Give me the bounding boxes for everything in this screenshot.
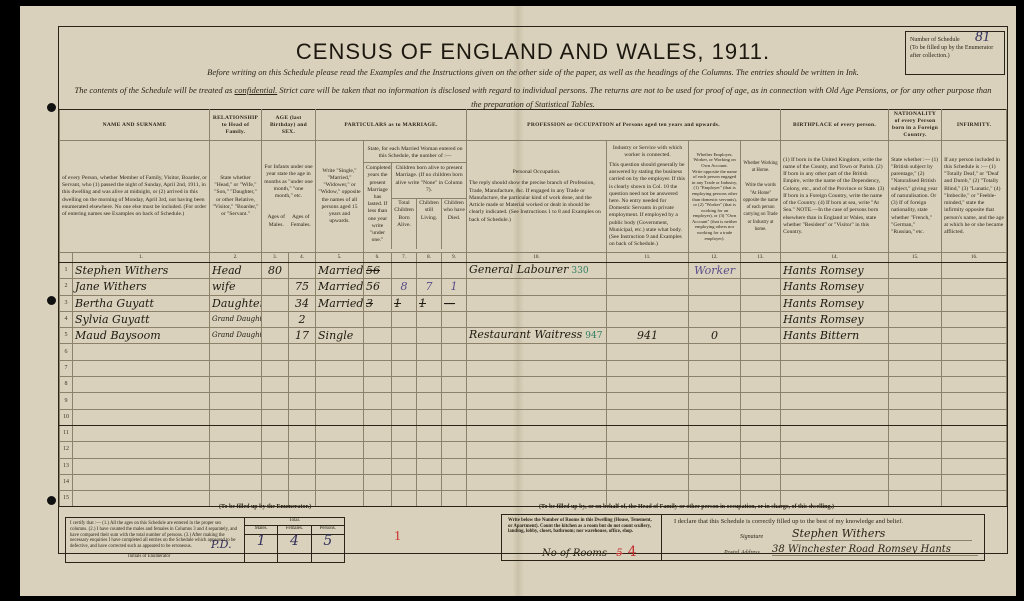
children-living (417, 425, 442, 441)
birthplace (781, 474, 889, 490)
person-name (73, 344, 210, 360)
occupation-instructions: Personal Occupation. The reply should sh… (467, 141, 607, 253)
row-number: 4 (60, 311, 73, 327)
occupation (467, 311, 607, 327)
children-born (392, 409, 417, 425)
age-male (262, 393, 289, 409)
years-married (364, 442, 392, 458)
children-died (442, 474, 467, 490)
table-row: 4Sylvia GuyattGrand Daughter2Hants Romse… (60, 311, 1007, 327)
birthplace (781, 344, 889, 360)
relationship: Head (210, 263, 262, 279)
children-died: 1 (442, 279, 467, 295)
children-living: 1 (417, 295, 442, 311)
infirmity (942, 295, 1007, 311)
occupation: Restaurant Waitress947 (467, 328, 607, 344)
instruction-row: of every Person, whether Member of Famil… (60, 141, 1007, 253)
working-at-home (741, 474, 781, 490)
postal-address-label: Postal Address (724, 550, 760, 556)
total-males: Males.1 (245, 526, 278, 562)
initials-label: Initials of Enumerator (128, 554, 170, 560)
schedule-frame: CENSUS OF ENGLAND AND WALES, 1911. Befor… (58, 26, 1008, 554)
relationship (210, 393, 262, 409)
person-name: Bertha Guyatt (73, 295, 210, 311)
occupation (467, 458, 607, 474)
person-name (73, 409, 210, 425)
children-born (392, 474, 417, 490)
birthplace (781, 409, 889, 425)
birthplace (781, 442, 889, 458)
industry (607, 393, 689, 409)
children-died (442, 377, 467, 393)
nationality (889, 311, 942, 327)
person-name (73, 458, 210, 474)
occupation (467, 393, 607, 409)
birthplace: Hants Romsey (781, 295, 889, 311)
row-number: 9 (60, 393, 73, 409)
industry-instructions: Industry or Service with which worker is… (607, 141, 689, 253)
relationship (210, 360, 262, 376)
age-male (262, 442, 289, 458)
person-name: Maud Baysoom (73, 328, 210, 344)
industry (607, 279, 689, 295)
children-born (392, 344, 417, 360)
industry (607, 458, 689, 474)
occupation (467, 295, 607, 311)
age-instructions: For Infants under one year state the age… (262, 141, 316, 253)
nationality (889, 474, 942, 490)
person-name: Sylvia Guyatt (73, 311, 210, 327)
table-row: 2Jane Witherswife75Married56871Hants Rom… (60, 279, 1007, 295)
age-male (262, 377, 289, 393)
infirmity (942, 328, 1007, 344)
age-male (262, 474, 289, 490)
column-number-row: 1. 2. 3. 4. 5. 6. 7. 8. 9. 10. 11. 12. 1… (60, 253, 1007, 263)
person-name: Stephen Withers (73, 263, 210, 279)
marital-status (316, 360, 364, 376)
children-living (417, 360, 442, 376)
working-at-home (741, 344, 781, 360)
employer-status (689, 409, 741, 425)
nationality (889, 442, 942, 458)
age-female (289, 474, 316, 490)
children-born (392, 377, 417, 393)
age-male (262, 311, 289, 327)
signature-label: Signature (740, 534, 763, 540)
infirmity (942, 442, 1007, 458)
marital-status (316, 474, 364, 490)
industry (607, 409, 689, 425)
row-number: 13 (60, 458, 73, 474)
occupation-code: 330 (571, 266, 588, 276)
age-female (289, 442, 316, 458)
header-birthplace: BIRTHPLACE of every person. (781, 110, 889, 141)
nationality (889, 491, 942, 507)
infirmity (942, 377, 1007, 393)
relationship: Grand Daughter (210, 328, 262, 344)
years-married (364, 474, 392, 490)
header-row: NAME AND SURNAME RELATIONSHIP to Head of… (60, 110, 1007, 141)
nationality (889, 263, 942, 279)
infirmity (942, 263, 1007, 279)
age-male (262, 344, 289, 360)
person-name (73, 393, 210, 409)
row-number: 12 (60, 442, 73, 458)
working-at-home (741, 442, 781, 458)
confidentiality-notice: The contents of the Schedule will be tre… (69, 83, 997, 111)
table-row: 8 (60, 377, 1007, 393)
age-female: 34 (289, 295, 316, 311)
row-number: 11 (60, 425, 73, 441)
age-female: 75 (289, 279, 316, 295)
employer-status (689, 393, 741, 409)
years-married: 3 (364, 295, 392, 311)
table-row: 14 (60, 474, 1007, 490)
industry (607, 360, 689, 376)
working-at-home (741, 377, 781, 393)
age-female: 2 (289, 311, 316, 327)
age-male (262, 328, 289, 344)
age-male: 80 (262, 263, 289, 279)
age-female (289, 458, 316, 474)
infirmity (942, 311, 1007, 327)
occupation (467, 360, 607, 376)
punch-hole (47, 103, 56, 112)
table-row: 6 (60, 344, 1007, 360)
age-male (262, 295, 289, 311)
birthplace: Hants Bittern (781, 328, 889, 344)
relationship (210, 474, 262, 490)
total-persons: Persons.5 (312, 526, 344, 562)
birthplace (781, 393, 889, 409)
working-at-home (741, 311, 781, 327)
married-woman-instructions: State, for each Married Woman entered on… (364, 141, 467, 253)
instruction-line: Before writing on this Schedule please r… (59, 67, 1007, 77)
nationality (889, 279, 942, 295)
row-number: 5 (60, 328, 73, 344)
children-living (417, 458, 442, 474)
birthplace-instructions: (1) If born in the United Kingdom, write… (781, 141, 889, 253)
head-of-family-title: (To be filled up by, or on behalf of, th… (539, 504, 834, 510)
employer-status: 0 (689, 328, 741, 344)
rooms-section: Write below the Number of Rooms in this … (502, 515, 662, 560)
nationality (889, 425, 942, 441)
children-died (442, 442, 467, 458)
schedule-number: 81 (975, 33, 990, 41)
marital-status (316, 425, 364, 441)
age-male (262, 409, 289, 425)
working-at-home (741, 393, 781, 409)
marital-status (316, 409, 364, 425)
table-row: 15 (60, 491, 1007, 507)
working-at-home (741, 360, 781, 376)
nationality (889, 393, 942, 409)
occupation: General Labourer330 (467, 263, 607, 279)
children-died (442, 328, 467, 344)
total-females: Females.4 (278, 526, 311, 562)
birthplace: Hants Romsey (781, 279, 889, 295)
number-of-rooms: No of Rooms 5 4 (542, 550, 637, 557)
children-died (442, 491, 467, 507)
children-born (392, 442, 417, 458)
years-married (364, 409, 392, 425)
children-born (392, 360, 417, 376)
household-rows: 1Stephen WithersHead80Married56General L… (60, 263, 1007, 507)
years-married (364, 491, 392, 507)
years-married (364, 458, 392, 474)
infirmity (942, 474, 1007, 490)
industry (607, 474, 689, 490)
years-married: 56 (364, 279, 392, 295)
person-name (73, 360, 210, 376)
occupation (467, 279, 607, 295)
enumerator-title: (To be filled up by the Enumerator.) (219, 504, 311, 510)
industry: 941 (607, 328, 689, 344)
relationship-instructions: State whether "Head," or "Wife," "Son," … (210, 141, 262, 253)
infirmity (942, 393, 1007, 409)
birthplace: Hants Romsey (781, 263, 889, 279)
row-number: 14 (60, 474, 73, 490)
declaration-box: Write below the Number of Rooms in this … (501, 514, 985, 561)
enumerator-initials: P.D. (211, 542, 232, 548)
relationship (210, 442, 262, 458)
row-number: 7 (60, 360, 73, 376)
nationality (889, 458, 942, 474)
employer-instructions: Whether Employer, Worker, or Working on … (689, 141, 741, 253)
occupation (467, 409, 607, 425)
declaration-text: I declare that this Schedule is correctl… (674, 518, 903, 525)
industry (607, 311, 689, 327)
nationality (889, 377, 942, 393)
employer-status (689, 442, 741, 458)
marital-status: Married (316, 263, 364, 279)
row-number: 10 (60, 409, 73, 425)
row-number: 8 (60, 377, 73, 393)
infirmity (942, 409, 1007, 425)
nationality (889, 344, 942, 360)
employer-status (689, 295, 741, 311)
relationship: wife (210, 279, 262, 295)
birthplace (781, 458, 889, 474)
employer-status (689, 311, 741, 327)
children-living (417, 442, 442, 458)
row-number: 2 (60, 279, 73, 295)
children-died (442, 425, 467, 441)
years-married (364, 377, 392, 393)
marital-status (316, 311, 364, 327)
children-living (417, 409, 442, 425)
header-profession: PROFESSION or OCCUPATION of Persons aged… (467, 110, 781, 141)
header-name: NAME AND SURNAME (60, 110, 210, 141)
header-infirmity: INFIRMITY. (942, 110, 1007, 141)
children-died (442, 409, 467, 425)
children-living (417, 377, 442, 393)
birthplace: Hants Romsey (781, 311, 889, 327)
age-female (289, 263, 316, 279)
age-male (262, 360, 289, 376)
age-male (262, 458, 289, 474)
age-male (262, 279, 289, 295)
industry (607, 295, 689, 311)
header-marriage: PARTICULARS as to MARRIAGE. (316, 110, 467, 141)
footer-section: (To be filled up by the Enumerator.) I c… (59, 509, 1006, 555)
birthplace (781, 360, 889, 376)
years-married (364, 344, 392, 360)
person-name (73, 425, 210, 441)
employer-status (689, 458, 741, 474)
infirmity (942, 458, 1007, 474)
row-number: 15 (60, 491, 73, 507)
industry (607, 263, 689, 279)
working-at-home (741, 295, 781, 311)
marital-status: Single (316, 328, 364, 344)
children-born (392, 263, 417, 279)
industry (607, 344, 689, 360)
employer-status (689, 377, 741, 393)
age-female (289, 344, 316, 360)
years-married (364, 425, 392, 441)
marital-instructions: Write "Single," "Married," "Widower," or… (316, 141, 364, 253)
postal-address: 38 Winchester Road Romsey Hants (772, 544, 978, 556)
table-row: 7 (60, 360, 1007, 376)
marital-status: Married (316, 295, 364, 311)
occupation-code: 947 (585, 331, 602, 341)
document-title: CENSUS OF ENGLAND AND WALES, 1911. (59, 39, 1007, 65)
working-at-home (741, 458, 781, 474)
years-married: 56 (364, 263, 392, 279)
years-married (364, 360, 392, 376)
person-name: Jane Withers (73, 279, 210, 295)
marital-status (316, 393, 364, 409)
children-living (417, 474, 442, 490)
census-schedule-page: CENSUS OF ENGLAND AND WALES, 1911. Befor… (20, 6, 1016, 596)
totals-box: Total. Males.1 Females.4 Persons.5 (244, 518, 344, 562)
working-at-home (741, 328, 781, 344)
table-row: 13 (60, 458, 1007, 474)
working-at-home (741, 279, 781, 295)
relationship (210, 425, 262, 441)
working-at-home (741, 263, 781, 279)
industry (607, 425, 689, 441)
table-row: 10 (60, 409, 1007, 425)
infirmity (942, 491, 1007, 507)
marital-status: Married (316, 279, 364, 295)
industry (607, 442, 689, 458)
years-married (364, 393, 392, 409)
nationality (889, 360, 942, 376)
age-female (289, 377, 316, 393)
schedule-number-box: Number of Schedule (To be filled up by t… (905, 31, 1005, 75)
children-living (417, 263, 442, 279)
table-row: 9 (60, 393, 1007, 409)
household-table: NAME AND SURNAME RELATIONSHIP to Head of… (59, 109, 1007, 507)
children-died (442, 360, 467, 376)
children-born (392, 311, 417, 327)
infirmity-instructions: If any person included in this Schedule … (942, 141, 1007, 253)
age-female (289, 360, 316, 376)
table-row: 12 (60, 442, 1007, 458)
children-died (442, 458, 467, 474)
employer-status (689, 425, 741, 441)
years-married (364, 311, 392, 327)
marital-status (316, 344, 364, 360)
punch-hole (47, 296, 56, 305)
person-name (73, 442, 210, 458)
children-died (442, 311, 467, 327)
occupation (467, 344, 607, 360)
relationship (210, 344, 262, 360)
occupation (467, 425, 607, 441)
employer-status (689, 474, 741, 490)
age-female (289, 425, 316, 441)
row-number: 6 (60, 344, 73, 360)
person-name (73, 474, 210, 490)
marital-status (316, 458, 364, 474)
enumerator-box: I certify that :— (1.) All the ages on t… (65, 517, 345, 563)
red-tally-mark: 1 (394, 529, 401, 545)
birthplace (781, 377, 889, 393)
infirmity (942, 344, 1007, 360)
working-at-home (741, 425, 781, 441)
relationship (210, 377, 262, 393)
working-at-home (741, 409, 781, 425)
age-female (289, 409, 316, 425)
header-nationality: NATIONALITY of every Person born in a Fo… (889, 110, 942, 141)
punch-hole (47, 496, 56, 505)
years-married (364, 328, 392, 344)
birthplace (781, 425, 889, 441)
signature: Stephen Withers (792, 527, 972, 541)
children-living (417, 344, 442, 360)
children-born (392, 458, 417, 474)
row-number: 1 (60, 263, 73, 279)
relationship: Grand Daughter (210, 311, 262, 327)
nationality (889, 295, 942, 311)
header-relationship: RELATIONSHIP to Head of Family. (210, 110, 262, 141)
marital-status (316, 491, 364, 507)
nationality (889, 328, 942, 344)
children-living (417, 491, 442, 507)
age-female (289, 393, 316, 409)
header-age: AGE (last Birthday) and SEX. (262, 110, 316, 141)
children-born: 8 (392, 279, 417, 295)
children-born (392, 425, 417, 441)
occupation (467, 474, 607, 490)
children-died: — (442, 295, 467, 311)
occupation (467, 442, 607, 458)
relationship (210, 458, 262, 474)
nationality (889, 409, 942, 425)
age-female: 17 (289, 328, 316, 344)
relationship: Daughter (210, 295, 262, 311)
person-name (73, 491, 210, 507)
table-row: 3Bertha GuyattDaughter34Married311—Hants… (60, 295, 1007, 311)
name-instructions: of every Person, whether Member of Famil… (60, 141, 210, 253)
employer-status (689, 360, 741, 376)
age-male (262, 425, 289, 441)
children-living (417, 328, 442, 344)
table-row: 1Stephen WithersHead80Married56General L… (60, 263, 1007, 279)
children-born (392, 328, 417, 344)
children-died (442, 393, 467, 409)
children-born (392, 491, 417, 507)
table-row: 11 (60, 425, 1007, 441)
children-born (392, 393, 417, 409)
children-living: 7 (417, 279, 442, 295)
children-living (417, 393, 442, 409)
relationship (210, 409, 262, 425)
employer-status (689, 344, 741, 360)
